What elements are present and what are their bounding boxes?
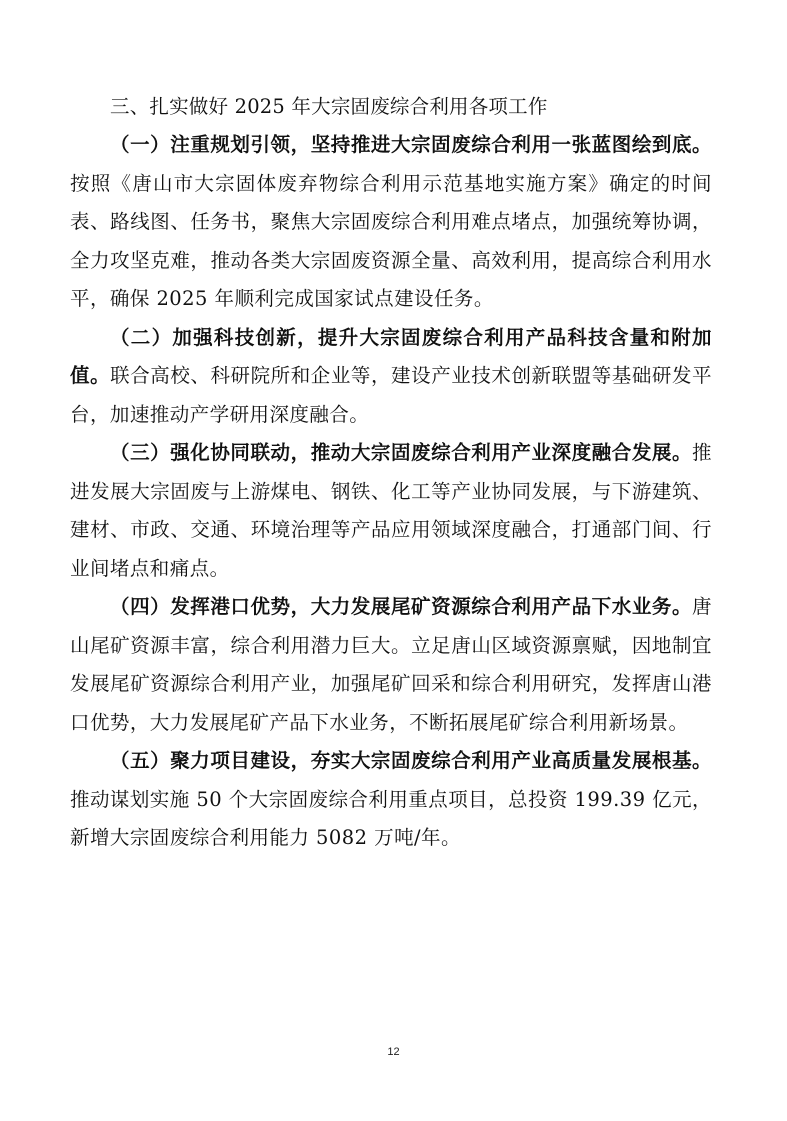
paragraph-5-body: 推动谋划实施 50 个大宗固废综合利用重点项目，总投资 199.39 亿元，新增… bbox=[70, 788, 712, 850]
paragraph-1-lead: （一）注重规划引领，坚持推进大宗固废综合利用一张蓝图绘到底。 bbox=[110, 133, 712, 156]
paragraph-2-body: 联合高校、科研院所和企业等，建设产业技术创新联盟等基础研发平台，加速推动产学研用… bbox=[70, 364, 712, 426]
section-heading: 三、扎实做好 2025 年大宗固废综合利用各项工作 bbox=[70, 88, 712, 126]
paragraph-4-lead: （四）发挥港口优势，大力发展尾矿资源综合利用产品下水业务。 bbox=[110, 595, 692, 618]
paragraph-5-lead: （五）聚力项目建设，夯实大宗固废综合利用产业高质量发展根基。 bbox=[110, 749, 712, 772]
paragraph-5: （五）聚力项目建设，夯实大宗固废综合利用产业高质量发展根基。推动谋划实施 50 … bbox=[70, 742, 712, 858]
paragraph-4: （四）发挥港口优势，大力发展尾矿资源综合利用产品下水业务。唐山尾矿资源丰富，综合… bbox=[70, 588, 712, 742]
page-number: 12 bbox=[0, 1046, 787, 1058]
paragraph-3-lead: （三）强化协同联动，推动大宗固废综合利用产业深度融合发展。 bbox=[110, 441, 692, 464]
paragraph-1: （一）注重规划引领，坚持推进大宗固废综合利用一张蓝图绘到底。按照《唐山市大宗固体… bbox=[70, 126, 712, 319]
paragraph-1-body: 按照《唐山市大宗固体废弃物综合利用示范基地实施方案》确定的时间表、路线图、任务书… bbox=[70, 172, 712, 311]
paragraph-3: （三）强化协同联动，推动大宗固废综合利用产业深度融合发展。推进发展大宗固废与上游… bbox=[70, 434, 712, 588]
paragraph-2: （二）加强科技创新，提升大宗固废综合利用产品科技含量和附加值。联合高校、科研院所… bbox=[70, 319, 712, 435]
document-page: 三、扎实做好 2025 年大宗固废综合利用各项工作 （一）注重规划引领，坚持推进… bbox=[70, 88, 712, 858]
